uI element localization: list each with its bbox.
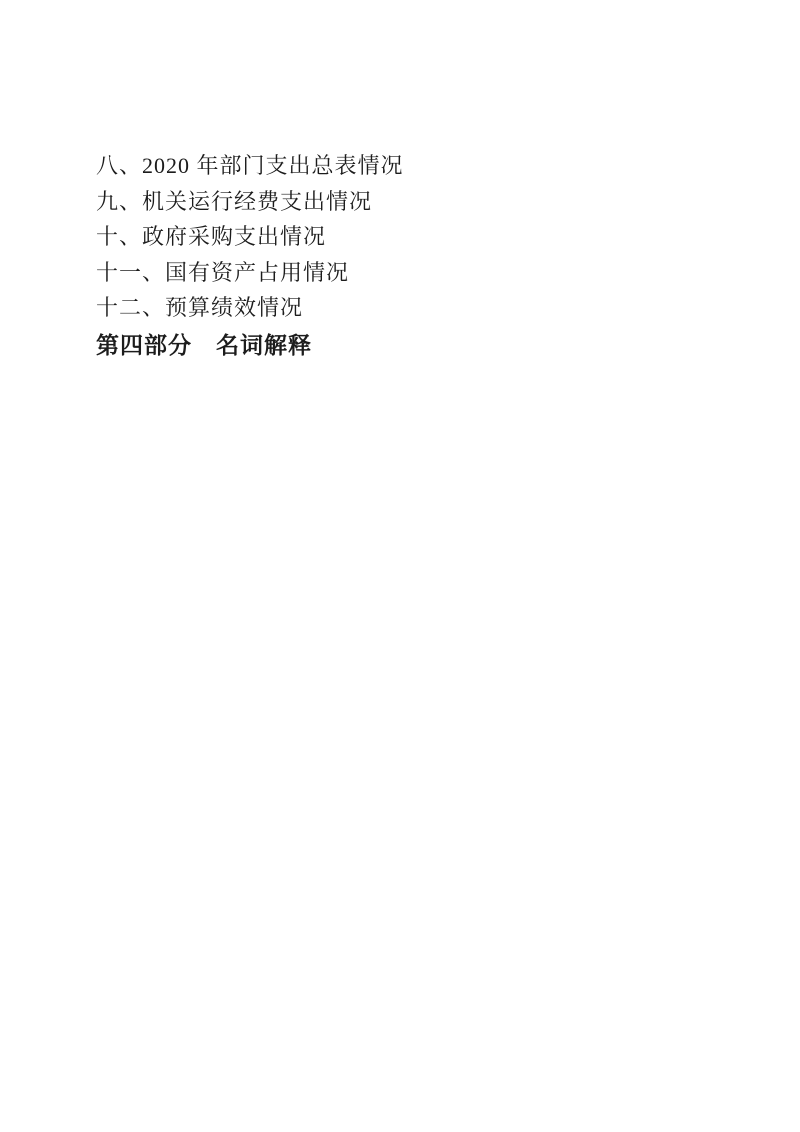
toc-item: 九、机关运行经费支出情况 [96,184,740,220]
document-page: 八、2020 年部门支出总表情况 九、机关运行经费支出情况 十、政府采购支出情况… [0,0,800,1132]
toc-item: 八、2020 年部门支出总表情况 [96,148,740,184]
toc-content: 八、2020 年部门支出总表情况 九、机关运行经费支出情况 十、政府采购支出情况… [96,148,740,363]
toc-item: 十二、预算绩效情况 [96,290,740,326]
toc-item: 十、政府采购支出情况 [96,219,740,255]
toc-item: 十一、国有资产占用情况 [96,255,740,291]
section-heading: 第四部分 名词解释 [96,327,740,363]
